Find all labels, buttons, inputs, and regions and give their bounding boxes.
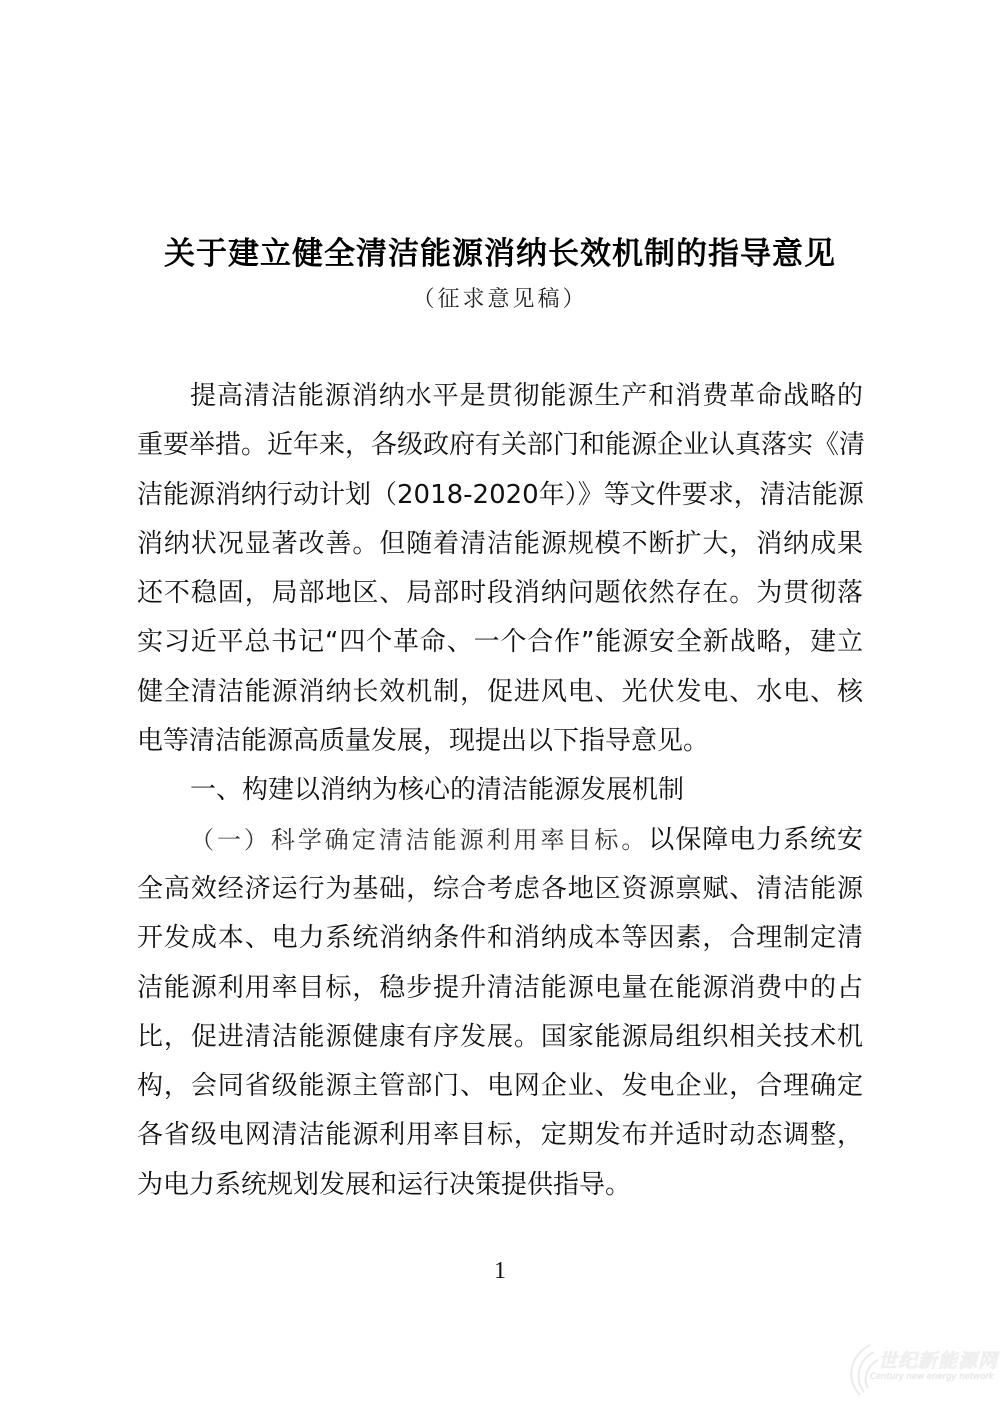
- watermark: 世纪新能源网 Century new energy network: [840, 1340, 1000, 1410]
- subsection-line: 全高效经济运行为基础，综合考虑各地区资源禀赋、清洁能源: [137, 865, 863, 914]
- subsection-first-line: （一）科学确定清洁能源利用率目标。以保障电力系统安: [137, 816, 863, 865]
- intro-line: 洁能源消纳行动计划（2018-2020年）》等文件要求，清洁能源: [137, 471, 863, 520]
- document-subtitle: （征求意见稿）: [0, 282, 1000, 313]
- watermark-logo-icon: [840, 1340, 880, 1400]
- subsection-line: 各省级电网清洁能源利用率目标，定期发布并适时动态调整，: [137, 1111, 863, 1160]
- watermark-name-cn: 世纪新能源网: [878, 1346, 998, 1373]
- intro-line: 消纳状况显著改善。但随着清洁能源规模不断扩大，消纳成果: [137, 520, 863, 569]
- subsection-heading: （一）科学确定清洁能源利用率目标。: [190, 826, 648, 854]
- intro-line: 健全清洁能源消纳长效机制，促进风电、光伏发电、水电、核: [137, 668, 863, 717]
- intro-line: 提高清洁能源消纳水平是贯彻能源生产和消费革命战略的: [137, 372, 863, 421]
- subsection-line: 构，会同省级能源主管部门、电网企业、发电企业，合理确定: [137, 1062, 863, 1111]
- subsection-line: 比，促进清洁能源健康有序发展。国家能源局组织相关技术机: [137, 1013, 863, 1062]
- intro-line: 电等清洁能源高质量发展，现提出以下指导意见。: [137, 717, 863, 766]
- page-number: 1: [0, 1258, 1000, 1285]
- subsection-text: 以保障电力系统安: [648, 825, 863, 855]
- watermark-name-en: Century new energy network: [870, 1372, 994, 1382]
- subsection-line: 为电力系统规划发展和运行决策提供指导。: [137, 1161, 863, 1210]
- intro-line: 实习近平总书记“四个革命、一个合作”能源安全新战略，建立: [137, 618, 863, 667]
- intro-line: 还不稳固，局部地区、局部时段消纳问题依然存在。为贯彻落: [137, 569, 863, 618]
- section-heading: 一、构建以消纳为核心的清洁能源发展机制: [137, 766, 863, 815]
- document-title: 关于建立健全清洁能源消纳长效机制的指导意见: [0, 228, 1000, 273]
- subsection-line: 洁能源利用率目标，稳步提升清洁能源电量在能源消费中的占: [137, 964, 863, 1013]
- subsection-line: 开发成本、电力系统消纳条件和消纳成本等因素，合理制定清: [137, 914, 863, 963]
- intro-line: 重要举措。近年来，各级政府有关部门和能源企业认真落实《清: [137, 421, 863, 470]
- document-body: 提高清洁能源消纳水平是贯彻能源生产和消费革命战略的 重要举措。近年来，各级政府有…: [137, 372, 863, 1210]
